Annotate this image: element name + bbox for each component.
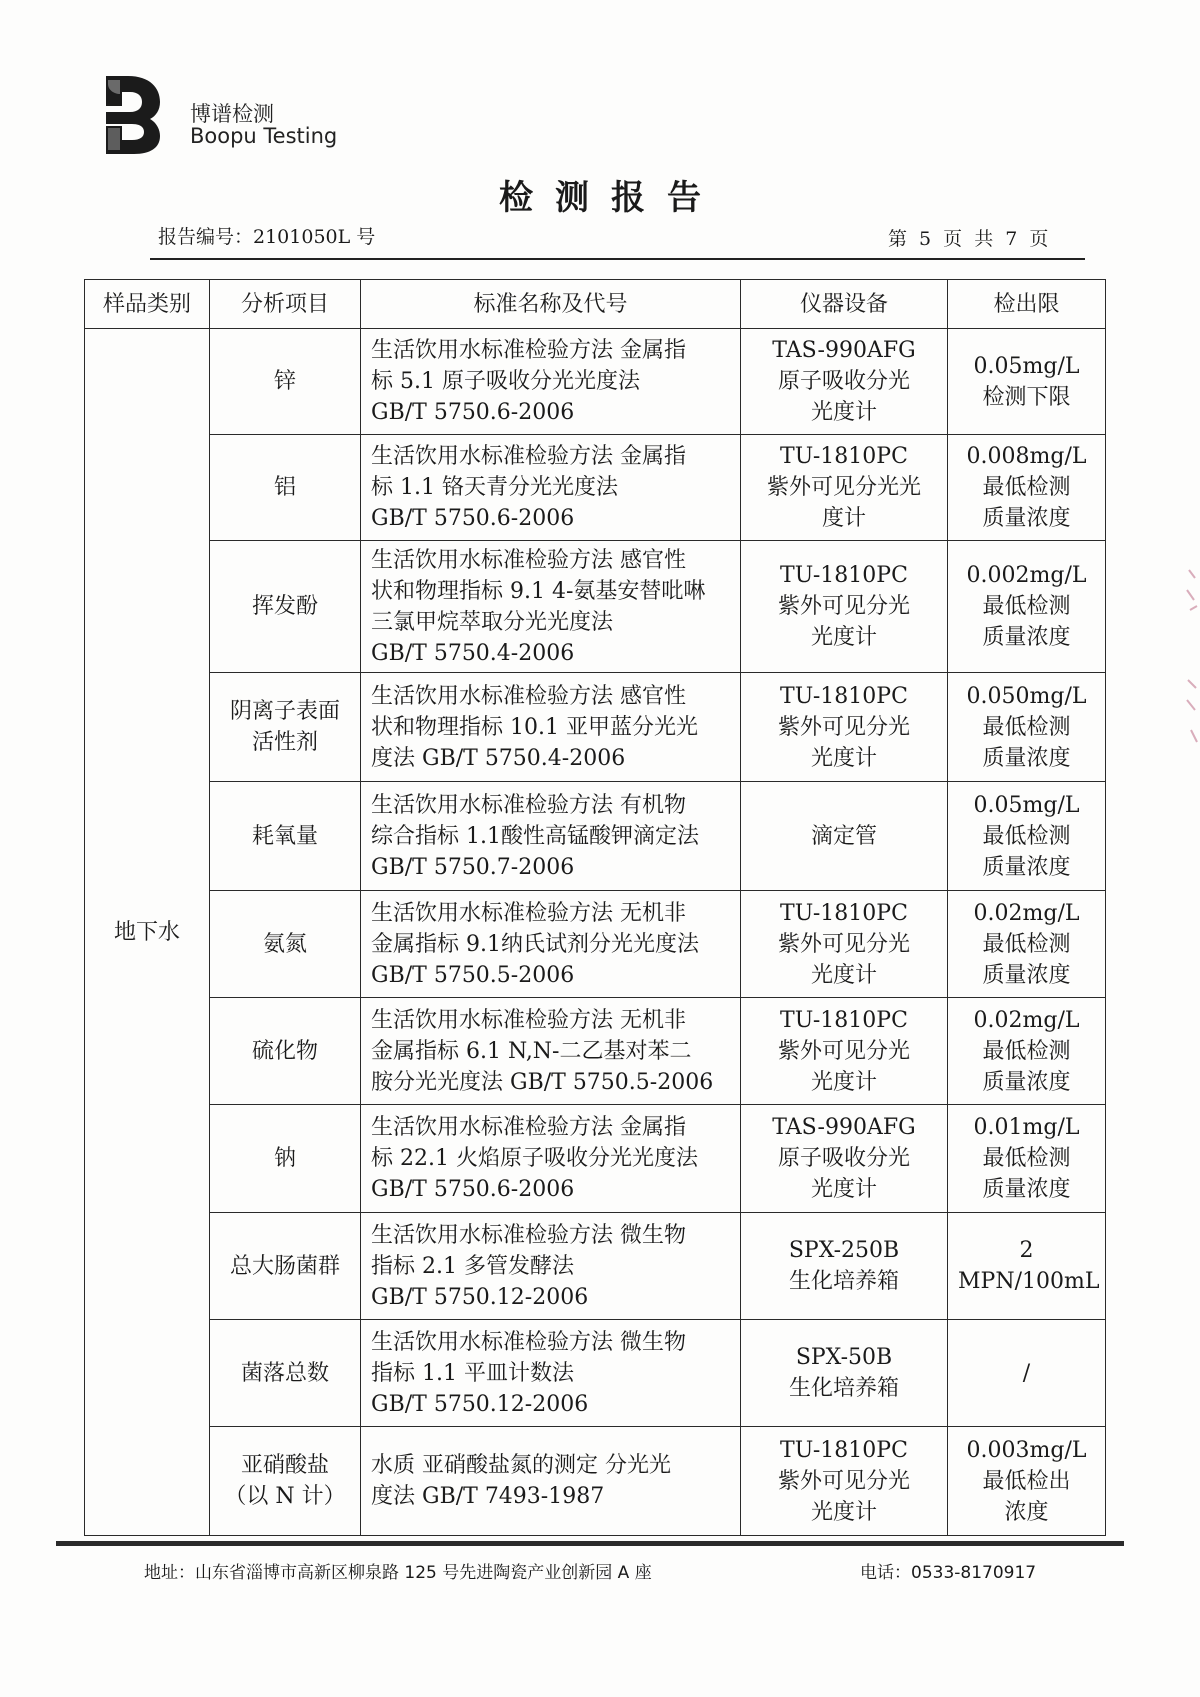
item-line: 挥发酚 [220, 591, 350, 622]
test-methods-table: 样品类别 分析项目 标准名称及代号 仪器设备 检出限 地下水锌生活饮用水标准检验… [84, 279, 1106, 1536]
instrument-line: 原子吸收分光 [751, 1143, 937, 1174]
cell-analysis-item: 硫化物 [210, 998, 361, 1105]
cell-detection-limit: 0.050mg/L最低检测质量浓度 [948, 673, 1106, 782]
table-row: 菌落总数生活饮用水标准检验方法 微生物指标 1.1 平皿计数法GB/T 5750… [85, 1320, 1106, 1427]
limit-line: 0.050mg/L [958, 681, 1095, 712]
instrument-line: 紫外可见分光 [751, 591, 937, 622]
cell-standard: 生活饮用水标准检验方法 感官性状和物理指标 9.1 4-氨基安替吡啉三氯甲烷萃取… [361, 541, 741, 673]
limit-line: 最低检测 [958, 929, 1095, 960]
standard-line: 生活饮用水标准检验方法 金属指 [371, 441, 730, 472]
cell-detection-limit: 0.01mg/L最低检测质量浓度 [948, 1105, 1106, 1213]
column-header-instrument: 仪器设备 [741, 280, 948, 329]
cell-analysis-item: 阴离子表面活性剂 [210, 673, 361, 782]
header-divider [150, 258, 1085, 260]
limit-line: 0.008mg/L [958, 441, 1095, 472]
report-number: 报告编号：2101050L 号 [158, 222, 375, 249]
limit-line: 0.05mg/L [958, 790, 1095, 821]
limit-line: 最低检测 [958, 472, 1095, 503]
instrument-line: 生化培养箱 [751, 1266, 937, 1297]
table-row: 硫化物生活饮用水标准检验方法 无机非金属指标 6.1 N,N-二乙基对苯二胺分光… [85, 998, 1106, 1105]
instrument-line: 光度计 [751, 397, 937, 428]
limit-line: 最低检出 [958, 1466, 1095, 1497]
cell-analysis-item: 总大肠菌群 [210, 1213, 361, 1320]
standard-line: 状和物理指标 9.1 4-氨基安替吡啉 [371, 576, 730, 607]
standard-line: 综合指标 1.1酸性高锰酸钾滴定法 [371, 821, 730, 852]
standard-line: 状和物理指标 10.1 亚甲蓝分光光 [371, 712, 730, 743]
instrument-line: 紫外可见分光光 [751, 472, 937, 503]
column-header-detection-limit: 检出限 [948, 280, 1106, 329]
instrument-line: SPX-250B [751, 1235, 937, 1266]
boopu-b-logo-icon [100, 74, 162, 154]
brand-logo: 博谱检测 Boopu Testing [100, 74, 340, 154]
brand-name-en: Boopu Testing [190, 124, 337, 148]
footer-address: 地址：山东省淄博市高新区柳泉路 125 号先进陶瓷产业创新园 A 座 [144, 1558, 652, 1583]
cell-standard: 水质 亚硝酸盐氮的测定 分光光度法 GB/T 7493-1987 [361, 1427, 741, 1536]
instrument-line: SPX-50B [751, 1342, 937, 1373]
instrument-line: 紫外可见分光 [751, 929, 937, 960]
standard-line: 生活饮用水标准检验方法 无机非 [371, 1005, 730, 1036]
standard-line: 度法 GB/T 7493-1987 [371, 1481, 730, 1512]
limit-line: 0.002mg/L [958, 560, 1095, 591]
standard-line: 生活饮用水标准检验方法 有机物 [371, 790, 730, 821]
limit-line: 质量浓度 [958, 1174, 1095, 1205]
instrument-line: 光度计 [751, 1174, 937, 1205]
cell-detection-limit: / [948, 1320, 1106, 1427]
table-header-row: 样品类别 分析项目 标准名称及代号 仪器设备 检出限 [85, 280, 1106, 329]
standard-line: GB/T 5750.7-2006 [371, 852, 730, 883]
limit-line: 浓度 [958, 1497, 1095, 1528]
cell-detection-limit: 2MPN/100mL [948, 1213, 1106, 1320]
table-row: 耗氧量生活饮用水标准检验方法 有机物综合指标 1.1酸性高锰酸钾滴定法GB/T … [85, 782, 1106, 891]
cell-standard: 生活饮用水标准检验方法 微生物指标 2.1 多管发酵法GB/T 5750.12-… [361, 1213, 741, 1320]
instrument-line: 原子吸收分光 [751, 366, 937, 397]
standard-line: 标 5.1 原子吸收分光光度法 [371, 366, 730, 397]
table-row: 阴离子表面活性剂生活饮用水标准检验方法 感官性状和物理指标 10.1 亚甲蓝分光… [85, 673, 1106, 782]
cell-standard: 生活饮用水标准检验方法 有机物综合指标 1.1酸性高锰酸钾滴定法GB/T 575… [361, 782, 741, 891]
item-line: 亚硝酸盐 [220, 1450, 350, 1481]
standard-line: 水质 亚硝酸盐氮的测定 分光光 [371, 1450, 730, 1481]
item-line: 菌落总数 [220, 1358, 350, 1389]
standard-line: 生活饮用水标准检验方法 微生物 [371, 1220, 730, 1251]
standard-line: GB/T 5750.5-2006 [371, 960, 730, 991]
table-row: 总大肠菌群生活饮用水标准检验方法 微生物指标 2.1 多管发酵法GB/T 575… [85, 1213, 1106, 1320]
column-header-standard: 标准名称及代号 [361, 280, 741, 329]
cell-sample-category: 地下水 [85, 329, 210, 1536]
standard-line: 金属指标 9.1纳氏试剂分光光度法 [371, 929, 730, 960]
standard-line: 胺分光光度法 GB/T 5750.5-2006 [371, 1067, 730, 1098]
cell-instrument: TAS-990AFG原子吸收分光光度计 [741, 1105, 948, 1213]
cell-detection-limit: 0.05mg/L最低检测质量浓度 [948, 782, 1106, 891]
standard-line: GB/T 5750.12-2006 [371, 1282, 730, 1313]
item-line: 氨氮 [220, 929, 350, 960]
item-line: 锌 [220, 366, 350, 397]
instrument-line: 生化培养箱 [751, 1373, 937, 1404]
limit-line: 0.02mg/L [958, 898, 1095, 929]
cell-detection-limit: 0.02mg/L最低检测质量浓度 [948, 998, 1106, 1105]
table-body: 地下水锌生活饮用水标准检验方法 金属指标 5.1 原子吸收分光光度法GB/T 5… [85, 329, 1106, 1536]
limit-line: 质量浓度 [958, 1067, 1095, 1098]
instrument-line: 滴定管 [751, 821, 937, 852]
standard-line: 金属指标 6.1 N,N-二乙基对苯二 [371, 1036, 730, 1067]
limit-line: 质量浓度 [958, 743, 1095, 774]
limit-line: 0.02mg/L [958, 1005, 1095, 1036]
standard-line: 指标 1.1 平皿计数法 [371, 1358, 730, 1389]
item-line: 铝 [220, 472, 350, 503]
instrument-line: 紫外可见分光 [751, 1466, 937, 1497]
limit-line: 质量浓度 [958, 503, 1095, 534]
standard-line: GB/T 5750.6-2006 [371, 1174, 730, 1205]
limit-line: 质量浓度 [958, 960, 1095, 991]
limit-line: 最低检测 [958, 1143, 1095, 1174]
table-row: 钠生活饮用水标准检验方法 金属指标 22.1 火焰原子吸收分光光度法GB/T 5… [85, 1105, 1106, 1213]
standard-line: 生活饮用水标准检验方法 感官性 [371, 681, 730, 712]
cell-detection-limit: 0.05mg/L检测下限 [948, 329, 1106, 435]
item-line: 硫化物 [220, 1036, 350, 1067]
cell-analysis-item: 挥发酚 [210, 541, 361, 673]
cell-instrument: TU-1810PC紫外可见分光光度计 [741, 541, 948, 673]
standard-line: 标 1.1 铬天青分光光度法 [371, 472, 730, 503]
cell-instrument: SPX-250B生化培养箱 [741, 1213, 948, 1320]
page-indicator: 第 5 页 共 7 页 [888, 224, 1051, 251]
cell-instrument: TAS-990AFG原子吸收分光光度计 [741, 329, 948, 435]
cell-detection-limit: 0.002mg/L最低检测质量浓度 [948, 541, 1106, 673]
limit-line: 最低检测 [958, 591, 1095, 622]
standard-line: 生活饮用水标准检验方法 金属指 [371, 1112, 730, 1143]
cell-instrument: 滴定管 [741, 782, 948, 891]
instrument-line: 度计 [751, 503, 937, 534]
cell-standard: 生活饮用水标准检验方法 金属指标 22.1 火焰原子吸收分光光度法GB/T 57… [361, 1105, 741, 1213]
cell-standard: 生活饮用水标准检验方法 金属指标 1.1 铬天青分光光度法GB/T 5750.6… [361, 435, 741, 541]
column-header-analysis-item: 分析项目 [210, 280, 361, 329]
limit-line: 检测下限 [958, 382, 1095, 413]
item-line: 阴离子表面 [220, 696, 350, 727]
limit-line: 0.01mg/L [958, 1112, 1095, 1143]
instrument-line: 光度计 [751, 1497, 937, 1528]
table-row: 亚硝酸盐（以 N 计）水质 亚硝酸盐氮的测定 分光光度法 GB/T 7493-1… [85, 1427, 1106, 1536]
cell-detection-limit: 0.008mg/L最低检测质量浓度 [948, 435, 1106, 541]
item-line: 钠 [220, 1143, 350, 1174]
limit-line: / [958, 1358, 1095, 1389]
instrument-line: 光度计 [751, 1067, 937, 1098]
cell-analysis-item: 氨氮 [210, 891, 361, 998]
cell-standard: 生活饮用水标准检验方法 金属指标 5.1 原子吸收分光光度法GB/T 5750.… [361, 329, 741, 435]
limit-line: 0.003mg/L [958, 1435, 1095, 1466]
cell-instrument: SPX-50B生化培养箱 [741, 1320, 948, 1427]
standard-line: 生活饮用水标准检验方法 金属指 [371, 335, 730, 366]
standard-line: GB/T 5750.6-2006 [371, 397, 730, 428]
standard-line: 标 22.1 火焰原子吸收分光光度法 [371, 1143, 730, 1174]
cell-detection-limit: 0.02mg/L最低检测质量浓度 [948, 891, 1106, 998]
table-row: 氨氮生活饮用水标准检验方法 无机非金属指标 9.1纳氏试剂分光光度法GB/T 5… [85, 891, 1106, 998]
limit-line: 最低检测 [958, 1036, 1095, 1067]
limit-line: MPN/100mL [958, 1266, 1095, 1297]
limit-line: 2 [958, 1235, 1095, 1266]
cell-instrument: TU-1810PC紫外可见分光光度计 [741, 891, 948, 998]
cell-analysis-item: 铝 [210, 435, 361, 541]
limit-line: 质量浓度 [958, 852, 1095, 883]
instrument-line: 光度计 [751, 743, 937, 774]
item-line: 耗氧量 [220, 821, 350, 852]
standard-line: 三氯甲烷萃取分光光度法 [371, 607, 730, 638]
footer-phone: 电话：0533-8170917 [860, 1558, 1036, 1583]
table-row: 挥发酚生活饮用水标准检验方法 感官性状和物理指标 9.1 4-氨基安替吡啉三氯甲… [85, 541, 1106, 673]
standard-line: GB/T 5750.6-2006 [371, 503, 730, 534]
instrument-line: TU-1810PC [751, 441, 937, 472]
instrument-line: 紫外可见分光 [751, 712, 937, 743]
limit-line: 0.05mg/L [958, 351, 1095, 382]
standard-line: 指标 2.1 多管发酵法 [371, 1251, 730, 1282]
table-row: 铝生活饮用水标准检验方法 金属指标 1.1 铬天青分光光度法GB/T 5750.… [85, 435, 1106, 541]
item-line: （以 N 计） [220, 1481, 350, 1512]
instrument-line: 光度计 [751, 960, 937, 991]
cell-instrument: TU-1810PC紫外可见分光光度计 [741, 435, 948, 541]
instrument-line: TAS-990AFG [751, 1112, 937, 1143]
item-line: 总大肠菌群 [220, 1251, 350, 1282]
standard-line: GB/T 5750.4-2006 [371, 638, 730, 669]
limit-line: 最低检测 [958, 712, 1095, 743]
cell-analysis-item: 钠 [210, 1105, 361, 1213]
cell-instrument: TU-1810PC紫外可见分光光度计 [741, 673, 948, 782]
item-line: 活性剂 [220, 727, 350, 758]
cell-standard: 生活饮用水标准检验方法 无机非金属指标 9.1纳氏试剂分光光度法GB/T 575… [361, 891, 741, 998]
standard-line: 生活饮用水标准检验方法 无机非 [371, 898, 730, 929]
instrument-line: TU-1810PC [751, 898, 937, 929]
instrument-line: TU-1810PC [751, 681, 937, 712]
footer-divider [56, 1541, 1124, 1546]
column-header-sample-category: 样品类别 [85, 280, 210, 329]
cell-instrument: TU-1810PC紫外可见分光光度计 [741, 1427, 948, 1536]
cell-analysis-item: 耗氧量 [210, 782, 361, 891]
cell-standard: 生活饮用水标准检验方法 无机非金属指标 6.1 N,N-二乙基对苯二胺分光光度法… [361, 998, 741, 1105]
cell-standard: 生活饮用水标准检验方法 微生物指标 1.1 平皿计数法GB/T 5750.12-… [361, 1320, 741, 1427]
standard-line: 生活饮用水标准检验方法 微生物 [371, 1327, 730, 1358]
standard-line: 度法 GB/T 5750.4-2006 [371, 743, 730, 774]
limit-line: 质量浓度 [958, 622, 1095, 653]
instrument-line: TU-1810PC [751, 1435, 937, 1466]
instrument-line: TU-1810PC [751, 560, 937, 591]
seal-stamp-fragment-icon [1185, 560, 1200, 760]
standard-line: 生活饮用水标准检验方法 感官性 [371, 545, 730, 576]
standard-line: GB/T 5750.12-2006 [371, 1389, 730, 1420]
instrument-line: 紫外可见分光 [751, 1036, 937, 1067]
table-row: 地下水锌生活饮用水标准检验方法 金属指标 5.1 原子吸收分光光度法GB/T 5… [85, 329, 1106, 435]
instrument-line: TAS-990AFG [751, 335, 937, 366]
cell-analysis-item: 菌落总数 [210, 1320, 361, 1427]
cell-detection-limit: 0.003mg/L最低检出浓度 [948, 1427, 1106, 1536]
instrument-line: 光度计 [751, 622, 937, 653]
instrument-line: TU-1810PC [751, 1005, 937, 1036]
cell-instrument: TU-1810PC紫外可见分光光度计 [741, 998, 948, 1105]
limit-line: 最低检测 [958, 821, 1095, 852]
cell-analysis-item: 亚硝酸盐（以 N 计） [210, 1427, 361, 1536]
page-title: 检测报告 [0, 170, 1200, 219]
cell-standard: 生活饮用水标准检验方法 感官性状和物理指标 10.1 亚甲蓝分光光度法 GB/T… [361, 673, 741, 782]
cell-analysis-item: 锌 [210, 329, 361, 435]
